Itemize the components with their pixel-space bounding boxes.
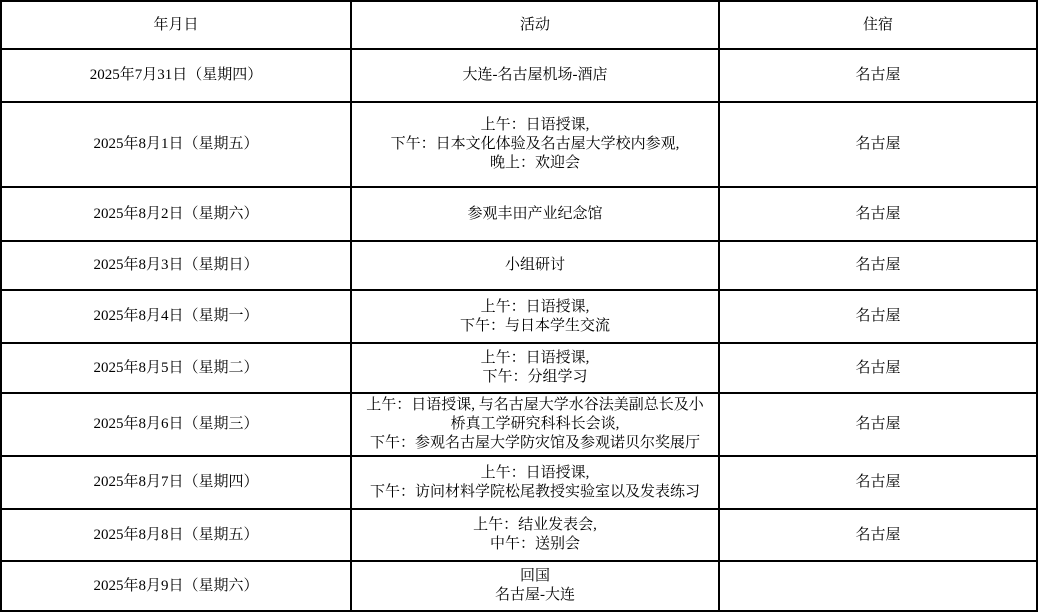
activity-cell: 小组研讨 [351, 241, 719, 290]
table-row: 2025年8月4日（星期一） 上午：日语授课, 下午：与日本学生交流 名古屋 [1, 290, 1037, 343]
date-cell: 2025年8月4日（星期一） [1, 290, 351, 343]
stay-cell: 名古屋 [719, 343, 1037, 393]
activity-line: 回国 [360, 567, 710, 586]
activity-line: 下午：分组学习 [360, 368, 710, 387]
date-cell: 2025年8月5日（星期二） [1, 343, 351, 393]
header-activity: 活动 [351, 1, 719, 49]
activity-line: 下午：日本文化体验及名古屋大学校内参观, [360, 135, 710, 154]
date-cell: 2025年7月31日（星期四） [1, 49, 351, 102]
table-row: 2025年8月5日（星期二） 上午：日语授课, 下午：分组学习 名古屋 [1, 343, 1037, 393]
stay-cell: 名古屋 [719, 241, 1037, 290]
table-row: 2025年8月3日（星期日） 小组研讨 名古屋 [1, 241, 1037, 290]
activity-line: 上午：日语授课, [360, 349, 710, 368]
activity-line: 上午：日语授课, [360, 464, 710, 483]
date-cell: 2025年8月7日（星期四） [1, 456, 351, 509]
activity-line: 下午：参观名古屋大学防灾馆及参观诺贝尔奖展厅 [360, 434, 710, 453]
activity-line: 大连-名古屋机场-酒店 [360, 66, 710, 85]
activity-line: 上午：日语授课, [360, 298, 710, 317]
stay-cell: 名古屋 [719, 393, 1037, 456]
itinerary-table: 年月日 活动 住宿 2025年7月31日（星期四） 大连-名古屋机场-酒店 名古… [0, 0, 1038, 612]
table-row: 2025年8月2日（星期六） 参观丰田产业纪念馆 名古屋 [1, 187, 1037, 241]
activity-cell: 上午：日语授课, 与名古屋大学水谷法美副总长及小桥真工学研究科科长会谈, 下午：… [351, 393, 719, 456]
header-stay: 住宿 [719, 1, 1037, 49]
activity-line: 名古屋-大连 [360, 586, 710, 605]
table-row: 2025年8月6日（星期三） 上午：日语授课, 与名古屋大学水谷法美副总长及小桥… [1, 393, 1037, 456]
header-row: 年月日 活动 住宿 [1, 1, 1037, 49]
schedule-page: 年月日 活动 住宿 2025年7月31日（星期四） 大连-名古屋机场-酒店 名古… [0, 0, 1038, 612]
activity-line: 参观丰田产业纪念馆 [360, 205, 710, 224]
activity-line: 上午：日语授课, [360, 116, 710, 135]
stay-cell: 名古屋 [719, 456, 1037, 509]
stay-cell: 名古屋 [719, 102, 1037, 187]
activity-cell: 回国 名古屋-大连 [351, 561, 719, 611]
stay-cell: 名古屋 [719, 187, 1037, 241]
activity-cell: 上午：日语授课, 下午：与日本学生交流 [351, 290, 719, 343]
date-cell: 2025年8月2日（星期六） [1, 187, 351, 241]
activity-line: 下午：与日本学生交流 [360, 317, 710, 336]
table-row: 2025年7月31日（星期四） 大连-名古屋机场-酒店 名古屋 [1, 49, 1037, 102]
stay-cell [719, 561, 1037, 611]
stay-cell: 名古屋 [719, 49, 1037, 102]
stay-cell: 名古屋 [719, 509, 1037, 561]
activity-line: 下午：访问材料学院松尾教授实验室以及发表练习 [360, 483, 710, 502]
activity-cell: 上午：结业发表会, 中午：送别会 [351, 509, 719, 561]
date-cell: 2025年8月1日（星期五） [1, 102, 351, 187]
activity-cell: 大连-名古屋机场-酒店 [351, 49, 719, 102]
activity-cell: 上午：日语授课, 下午：访问材料学院松尾教授实验室以及发表练习 [351, 456, 719, 509]
activity-cell: 参观丰田产业纪念馆 [351, 187, 719, 241]
table-row: 2025年8月1日（星期五） 上午：日语授课, 下午：日本文化体验及名古屋大学校… [1, 102, 1037, 187]
table-row: 2025年8月7日（星期四） 上午：日语授课, 下午：访问材料学院松尾教授实验室… [1, 456, 1037, 509]
activity-line: 中午：送别会 [360, 535, 710, 554]
date-cell: 2025年8月6日（星期三） [1, 393, 351, 456]
date-cell: 2025年8月9日（星期六） [1, 561, 351, 611]
date-cell: 2025年8月3日（星期日） [1, 241, 351, 290]
activity-line: 上午：日语授课, 与名古屋大学水谷法美副总长及小桥真工学研究科科长会谈, [360, 396, 710, 434]
activity-line: 小组研讨 [360, 256, 710, 275]
date-cell: 2025年8月8日（星期五） [1, 509, 351, 561]
table-row: 2025年8月9日（星期六） 回国 名古屋-大连 [1, 561, 1037, 611]
table-row: 2025年8月8日（星期五） 上午：结业发表会, 中午：送别会 名古屋 [1, 509, 1037, 561]
activity-cell: 上午：日语授课, 下午：分组学习 [351, 343, 719, 393]
activity-cell: 上午：日语授课, 下午：日本文化体验及名古屋大学校内参观, 晚上：欢迎会 [351, 102, 719, 187]
header-date: 年月日 [1, 1, 351, 49]
activity-line: 上午：结业发表会, [360, 516, 710, 535]
stay-cell: 名古屋 [719, 290, 1037, 343]
activity-line: 晚上：欢迎会 [360, 154, 710, 173]
